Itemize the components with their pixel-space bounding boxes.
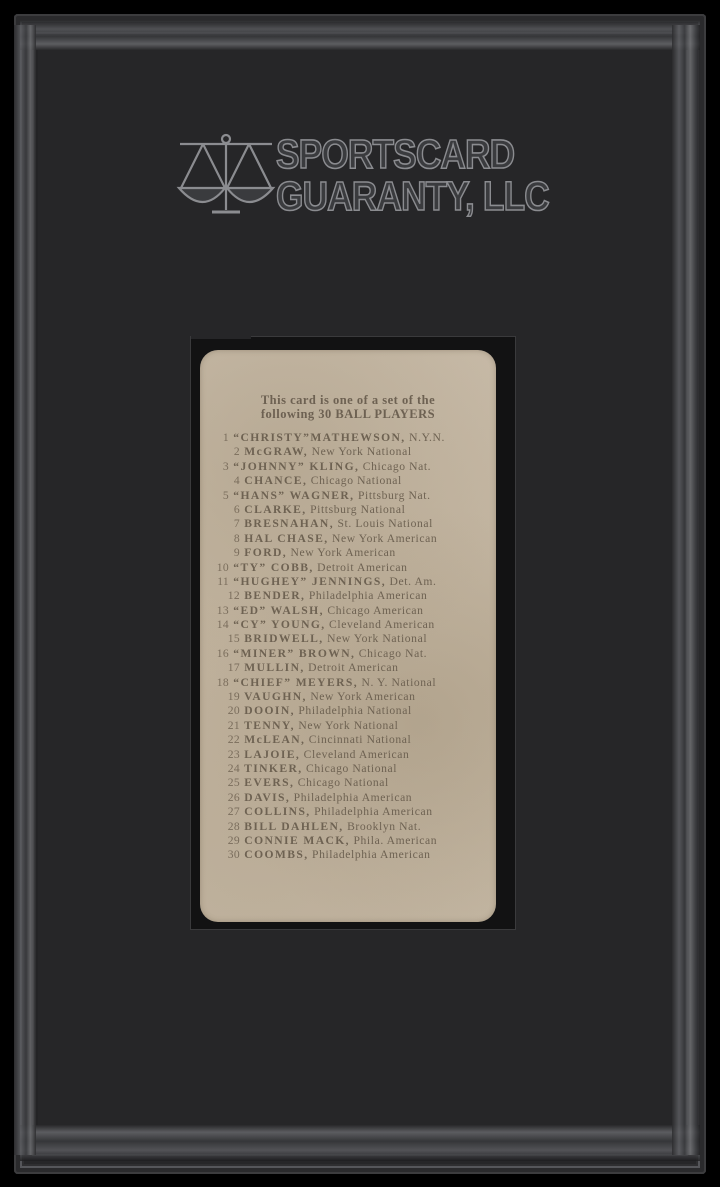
list-item: 4 CHANCE, Chicago National — [212, 474, 494, 488]
player-name: “ED” WALSH, — [229, 604, 324, 617]
player-checklist: 1 “CHRISTY”MATHEWSON, N.Y.N.2 McGRAW, Ne… — [212, 431, 494, 863]
player-name: CONNIE MACK, — [240, 834, 350, 847]
player-number: 22 — [212, 733, 240, 747]
player-team: Chicago National — [294, 776, 389, 789]
player-number: 25 — [212, 776, 240, 790]
player-team: New York National — [295, 719, 399, 732]
player-team: Cincinnati National — [305, 733, 411, 746]
card-heading-line-1: This card is one of a set of the — [200, 393, 496, 408]
player-number: 10 — [212, 561, 229, 575]
player-name: COOMBS, — [240, 848, 309, 861]
list-item: 27 COLLINS, Philadelphia American — [212, 805, 494, 819]
slab-edge-bottom — [20, 1125, 700, 1161]
player-team: New York American — [307, 690, 416, 703]
list-item: 6 CLARKE, Pittsburg National — [212, 503, 494, 517]
player-number: 16 — [212, 647, 229, 661]
player-number: 26 — [212, 791, 240, 805]
player-number: 30 — [212, 848, 240, 862]
player-team: Philadelphia American — [309, 848, 431, 861]
list-item: 2 McGRAW, New York National — [212, 445, 494, 459]
player-name: “HANS” WAGNER, — [229, 489, 354, 502]
list-item: 7 BRESNAHAN, St. Louis National — [212, 517, 494, 531]
list-item: 29 CONNIE MACK, Phila. American — [212, 834, 494, 848]
list-item: 5 “HANS” WAGNER, Pittsburg Nat. — [212, 489, 494, 503]
player-name: “MINER” BROWN, — [229, 647, 355, 660]
player-name: EVERS, — [240, 776, 294, 789]
list-item: 22 McLEAN, Cincinnati National — [212, 733, 494, 747]
player-team: Cleveland American — [326, 618, 435, 631]
list-item: 24 TINKER, Chicago National — [212, 762, 494, 776]
player-team: Pittsburg Nat. — [354, 489, 430, 502]
player-team: Philadelphia American — [290, 791, 412, 804]
list-item: 10 “TY” COBB, Detroit American — [212, 561, 494, 575]
player-team: Chicago National — [303, 762, 398, 775]
brand-line-2: GUARANTY, LLC — [276, 176, 549, 217]
player-number: 19 — [212, 690, 240, 704]
player-name: McGRAW, — [240, 445, 308, 458]
list-item: 3 “JOHNNY” KLING, Chicago Nat. — [212, 460, 494, 474]
player-team: Cleveland American — [300, 748, 409, 761]
list-item: 21 TENNY, New York National — [212, 719, 494, 733]
brand-line-1: SPORTSCARD — [276, 134, 514, 175]
player-name: LAJOIE, — [240, 748, 300, 761]
player-number: 23 — [212, 748, 240, 762]
player-name: BRIDWELL, — [240, 632, 324, 645]
list-item: 20 DOOIN, Philadelphia National — [212, 704, 494, 718]
player-name: DAVIS, — [240, 791, 290, 804]
player-team: Det. Am. — [386, 575, 436, 588]
player-team: Philadelphia National — [295, 704, 412, 717]
player-name: BRESNAHAN, — [240, 517, 334, 530]
list-item: 14 “CY” YOUNG, Cleveland American — [212, 618, 494, 632]
player-team: Brooklyn Nat. — [344, 820, 422, 833]
player-name: CLARKE, — [240, 503, 307, 516]
player-team: Philadelphia American — [311, 805, 433, 818]
player-team: New York American — [287, 546, 396, 559]
player-name: “HUGHEY” JENNINGS, — [229, 575, 386, 588]
player-number: 15 — [212, 632, 240, 646]
player-team: New York National — [324, 632, 428, 645]
list-item: 23 LAJOIE, Cleveland American — [212, 748, 494, 762]
player-team: Chicago National — [307, 474, 402, 487]
player-name: HAL CHASE, — [240, 532, 329, 545]
scales-of-justice-icon — [176, 130, 276, 220]
player-name: BENDER, — [240, 589, 305, 602]
player-team: Chicago Nat. — [355, 647, 427, 660]
player-name: VAUGHN, — [240, 690, 307, 703]
slab-edge-top — [20, 20, 700, 50]
list-item: 18 “CHIEF” MEYERS, N. Y. National — [212, 676, 494, 690]
player-number: 18 — [212, 676, 229, 690]
slab-edge-right — [672, 25, 700, 1155]
player-team: Detroit American — [305, 661, 399, 674]
player-team: Pittsburg National — [307, 503, 406, 516]
player-name: COLLINS, — [240, 805, 311, 818]
list-item: 28 BILL DAHLEN, Brooklyn Nat. — [212, 820, 494, 834]
player-number: 3 — [212, 460, 229, 474]
slab-edge-left — [14, 25, 36, 1155]
player-number: 7 — [212, 517, 240, 531]
player-name: DOOIN, — [240, 704, 295, 717]
player-name: TINKER, — [240, 762, 303, 775]
player-number: 28 — [212, 820, 240, 834]
baseball-card-back: This card is one of a set of the followi… — [200, 350, 496, 922]
player-team: N. Y. National — [358, 676, 436, 689]
list-item: 15 BRIDWELL, New York National — [212, 632, 494, 646]
list-item: 17 MULLIN, Detroit American — [212, 661, 494, 675]
player-name: FORD, — [240, 546, 287, 559]
list-item: 30 COOMBS, Philadelphia American — [212, 848, 494, 862]
player-team: Detroit American — [314, 561, 408, 574]
list-item: 25 EVERS, Chicago National — [212, 776, 494, 790]
list-item: 11 “HUGHEY” JENNINGS, Det. Am. — [212, 575, 494, 589]
player-name: “JOHNNY” KLING, — [229, 460, 359, 473]
player-number: 9 — [212, 546, 240, 560]
list-item: 9 FORD, New York American — [212, 546, 494, 560]
list-item: 1 “CHRISTY”MATHEWSON, N.Y.N. — [212, 431, 494, 445]
player-number: 17 — [212, 661, 240, 675]
player-number: 12 — [212, 589, 240, 603]
player-team: Chicago American — [324, 604, 424, 617]
player-number: 5 — [212, 489, 229, 503]
player-team: Chicago Nat. — [359, 460, 431, 473]
list-item: 19 VAUGHN, New York American — [212, 690, 494, 704]
player-name: “TY” COBB, — [229, 561, 314, 574]
player-team: New York American — [329, 532, 438, 545]
player-number: 8 — [212, 532, 240, 546]
player-number: 14 — [212, 618, 229, 632]
player-number: 4 — [212, 474, 240, 488]
player-name: McLEAN, — [240, 733, 305, 746]
sgc-logo: SPORTSCARD GUARANTY, LLC — [176, 130, 536, 226]
player-name: MULLIN, — [240, 661, 305, 674]
list-item: 12 BENDER, Philadelphia American — [212, 589, 494, 603]
player-team: Phila. American — [350, 834, 437, 847]
player-team: Philadelphia American — [305, 589, 427, 602]
card-heading-line-2: following 30 BALL PLAYERS — [200, 407, 496, 422]
player-name: “CY” YOUNG, — [229, 618, 326, 631]
player-name: “CHIEF” MEYERS, — [229, 676, 358, 689]
player-team: N.Y.N. — [406, 431, 445, 444]
player-number: 27 — [212, 805, 240, 819]
player-name: BILL DAHLEN, — [240, 820, 344, 833]
player-number: 13 — [212, 604, 229, 618]
player-name: CHANCE, — [240, 474, 307, 487]
player-team: St. Louis National — [334, 517, 433, 530]
list-item: 16 “MINER” BROWN, Chicago Nat. — [212, 647, 494, 661]
player-number: 2 — [212, 445, 240, 459]
player-name: “CHRISTY”MATHEWSON, — [229, 431, 406, 444]
list-item: 26 DAVIS, Philadelphia American — [212, 791, 494, 805]
player-number: 29 — [212, 834, 240, 848]
player-name: TENNY, — [240, 719, 295, 732]
player-number: 11 — [212, 575, 229, 589]
player-number: 24 — [212, 762, 240, 776]
list-item: 8 HAL CHASE, New York American — [212, 532, 494, 546]
player-number: 1 — [212, 431, 229, 445]
list-item: 13 “ED” WALSH, Chicago American — [212, 604, 494, 618]
player-team: New York National — [308, 445, 412, 458]
player-number: 20 — [212, 704, 240, 718]
player-number: 6 — [212, 503, 240, 517]
player-number: 21 — [212, 719, 240, 733]
